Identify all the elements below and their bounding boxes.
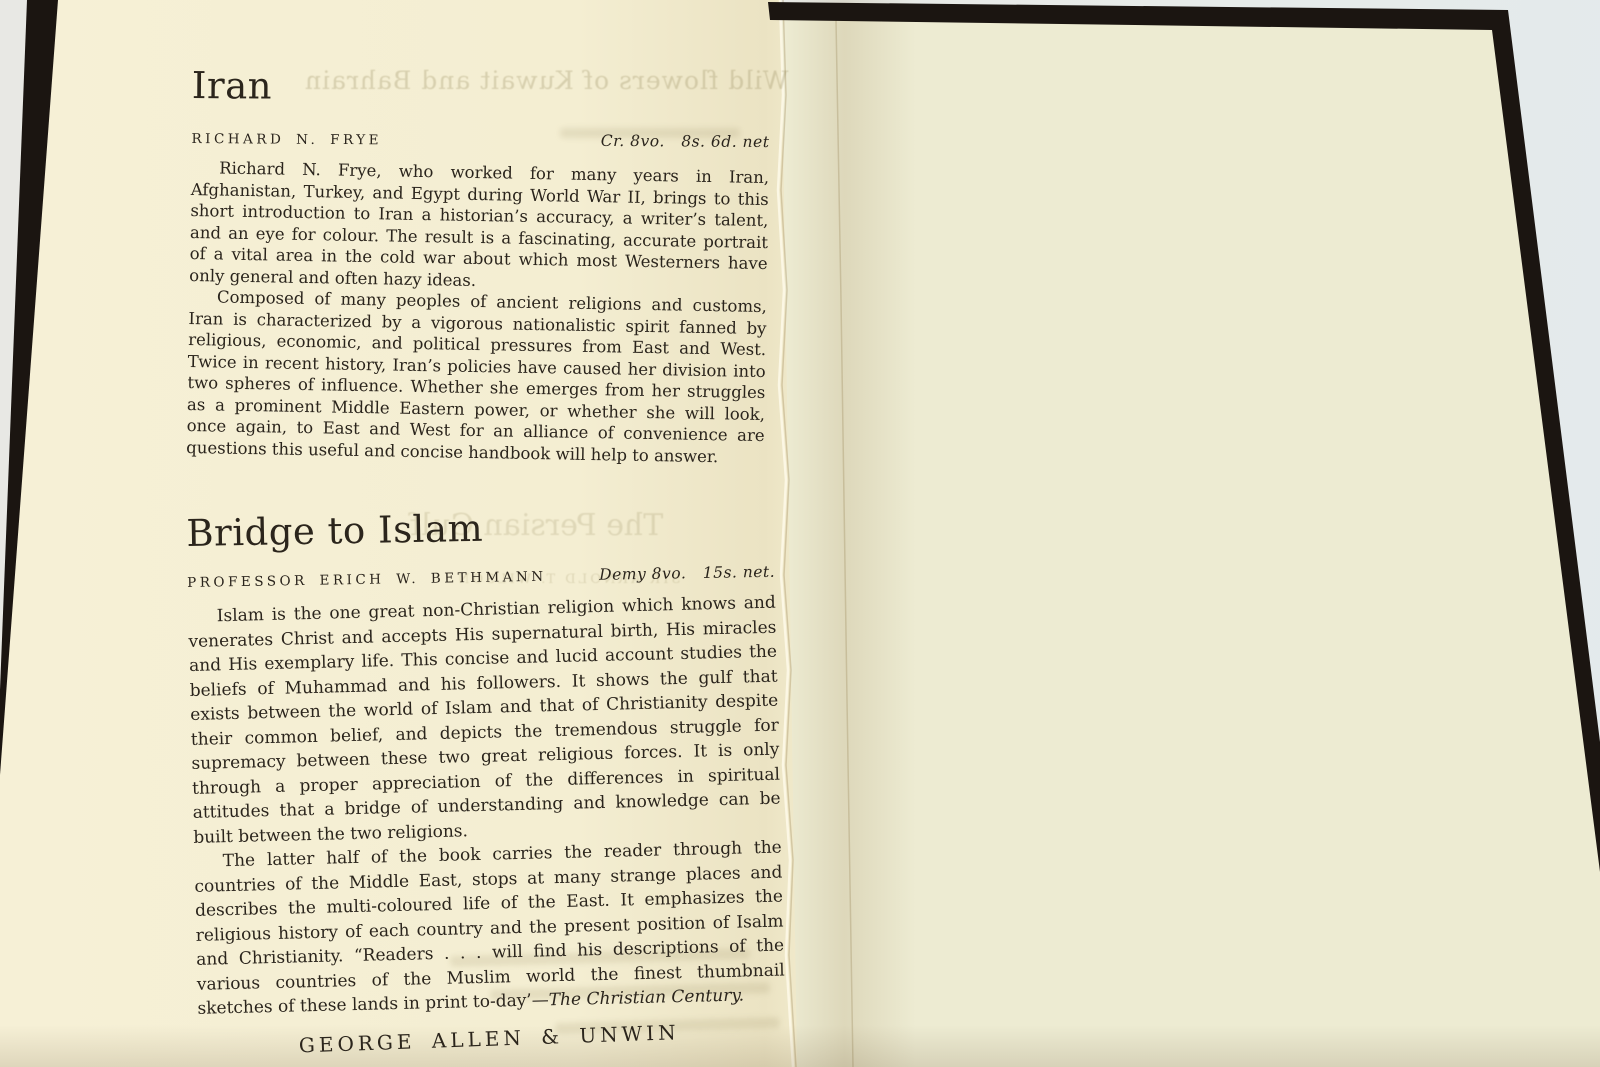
book-title-iran: Iran	[192, 64, 770, 111]
iran-author: RICHARD N. FRYE	[191, 131, 382, 148]
bridge-paragraph-1: Islam is the one great non-Christian rel…	[188, 591, 782, 850]
section-iran: Iran RICHARD N. FRYE Cr. 8vo. 8s. 6d. ne…	[189, 64, 770, 462]
bridge-paragraph-2: The latter half of the book carries the …	[194, 836, 786, 1022]
iran-paragraph-2: Composed of many peoples of ancient reli…	[186, 286, 767, 468]
iran-meta-row: RICHARD N. FRYE Cr. 8vo. 8s. 6d. net	[191, 129, 769, 151]
book-title-bridge-to-islam: Bridge to Islam	[186, 502, 775, 555]
section-bridge-to-islam: Bridge to Islam PROFESSOR ERICH W. BETHM…	[186, 502, 783, 1056]
bridge-paragraphs: Islam is the one great non-Christian rel…	[188, 591, 786, 1022]
iran-paragraph-1: Richard N. Frye, who worked for many yea…	[189, 157, 769, 296]
iran-paragraphs: Richard N. Frye, who worked for many yea…	[186, 157, 769, 468]
bridge-meta-row: PROFESSOR ERICH W. BETHMANN Demy 8vo. 15…	[187, 563, 775, 591]
open-book-photo: Wild flowers of Kuwait and Bahrain The P…	[0, 0, 1600, 1067]
review-citation: The Christian Century.	[548, 986, 744, 1011]
iran-format-price: Cr. 8vo. 8s. 6d. net	[601, 132, 770, 151]
bridge-author: PROFESSOR ERICH W. BETHMANN	[187, 569, 547, 591]
bridge-format-price: Demy 8vo. 15s. net.	[599, 563, 775, 584]
